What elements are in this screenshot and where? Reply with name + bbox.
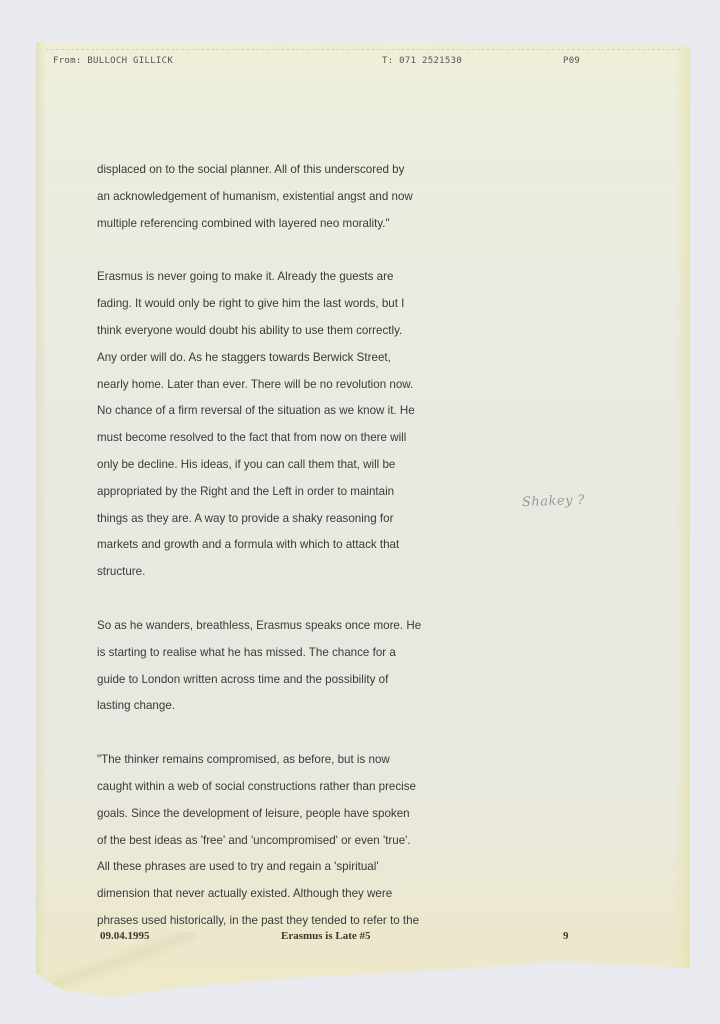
footer-date: 09.04.1995: [100, 930, 150, 942]
text-line: Erasmus is never going to make it. Alrea…: [97, 264, 487, 291]
text-line: things as they are. A way to provide a s…: [97, 506, 487, 533]
fax-telephone: T: 071 2521530: [382, 56, 462, 66]
fax-page-code: P09: [563, 56, 580, 66]
text-line: All these phrases are used to try and re…: [97, 854, 487, 881]
text-line: fading. It would only be right to give h…: [97, 291, 487, 318]
text-line: multiple referencing combined with layer…: [97, 211, 487, 238]
paragraph: "The thinker remains compromised, as bef…: [97, 747, 487, 935]
body-text: displaced on to the social planner. All …: [97, 157, 487, 962]
text-line: displaced on to the social planner. All …: [97, 157, 487, 184]
text-line: nearly home. Later than ever. There will…: [97, 372, 487, 399]
fax-perforation-line: [46, 49, 680, 50]
text-line: guide to London written across time and …: [97, 667, 487, 694]
text-line: structure.: [97, 559, 487, 586]
text-line: appropriated by the Right and the Left i…: [97, 479, 487, 506]
text-line: of the best ideas as 'free' and 'uncompr…: [97, 828, 487, 855]
document-page: From: BULLOCH GILLICK T: 071 2521530 P09…: [36, 42, 690, 1002]
text-line: caught within a web of social constructi…: [97, 774, 487, 801]
text-line: goals. Since the development of leisure,…: [97, 801, 487, 828]
text-line: No chance of a firm reversal of the situ…: [97, 398, 487, 425]
text-line: an acknowledgement of humanism, existent…: [97, 184, 487, 211]
text-line: markets and growth and a formula with wh…: [97, 532, 487, 559]
paragraph: displaced on to the social planner. All …: [97, 157, 487, 237]
text-line: is starting to realise what he has misse…: [97, 640, 487, 667]
text-line: "The thinker remains compromised, as bef…: [97, 747, 487, 774]
text-line: think everyone would doubt his ability t…: [97, 318, 487, 345]
paragraph: Erasmus is never going to make it. Alrea…: [97, 264, 487, 586]
footer-page-number: 9: [563, 930, 569, 942]
fax-sender: From: BULLOCH GILLICK: [53, 56, 173, 66]
handwritten-annotation: Shakey ?: [522, 493, 586, 510]
text-line: dimension that never actually existed. A…: [97, 881, 487, 908]
footer-title: Erasmus is Late #5: [281, 930, 371, 942]
paragraph: So as he wanders, breathless, Erasmus sp…: [97, 613, 487, 720]
text-line: Any order will do. As he staggers toward…: [97, 345, 487, 372]
text-line: must become resolved to the fact that fr…: [97, 425, 487, 452]
text-line: only be decline. His ideas, if you can c…: [97, 452, 487, 479]
text-line: So as he wanders, breathless, Erasmus sp…: [97, 613, 487, 640]
text-line: lasting change.: [97, 693, 487, 720]
